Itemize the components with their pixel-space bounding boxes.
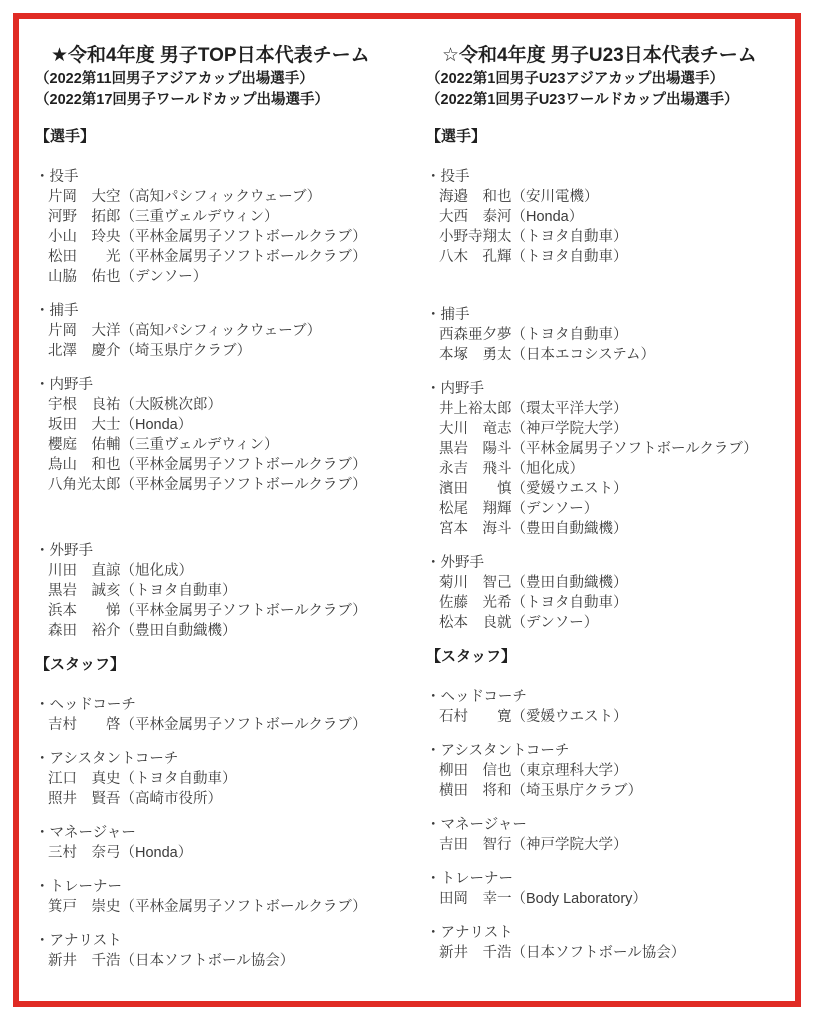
position-group: ・マネージャー吉田 智行（神戸学院大学）: [426, 815, 803, 855]
position-group: ・トレーナー田岡 幸一（Body Laboratory）: [426, 869, 803, 909]
position-label: ・トレーナー: [35, 877, 412, 897]
position-label: ・外野手: [35, 541, 412, 561]
team-subtitle: （2022第1回男子U23アジアカップ出場選手）: [426, 69, 803, 90]
position-label: ・捕手: [35, 301, 412, 321]
roster-section-heading: 【スタッフ】: [35, 655, 412, 675]
member-line: 西森亜夕夢（トヨタ自動車）: [426, 325, 803, 345]
position-label: ・外野手: [426, 553, 803, 573]
position-group: ・アナリスト新井 千浩（日本ソフトボール協会）: [35, 931, 412, 971]
team-subtitle: （2022第1回男子U23ワールドカップ出場選手）: [426, 90, 803, 111]
position-label: ・アシスタントコーチ: [35, 749, 412, 769]
position-label: ・ヘッドコーチ: [426, 687, 803, 707]
member-line: 松本 良就（デンソー）: [426, 613, 803, 633]
position-label: ・内野手: [35, 375, 412, 395]
member-line: 佐藤 光希（トヨタ自動車）: [426, 593, 803, 613]
position-group: ・捕手片岡 大洋（高知パシフィックウェーブ）北澤 慶介（埼玉県庁クラブ）: [35, 301, 412, 361]
roster-section-heading: 【スタッフ】: [426, 647, 803, 667]
member-line: 松田 光（平林金属男子ソフトボールクラブ）: [35, 247, 412, 267]
member-line: 片岡 大洋（高知パシフィックウェーブ）: [35, 321, 412, 341]
position-group: ・内野手宇根 良祐（大阪桃次郎）坂田 大士（Honda）櫻庭 佑輔（三重ヴェルデ…: [35, 375, 412, 495]
position-group: ・外野手川田 直諒（旭化成）黒岩 誠亥（トヨタ自動車）浜本 悌（平林金属男子ソフ…: [35, 541, 412, 641]
member-line: 八角光太郎（平林金属男子ソフトボールクラブ）: [35, 475, 412, 495]
member-line: 大川 竜志（神戸学院大学）: [426, 419, 803, 439]
position-group: ・投手海邉 和也（安川電機）大西 泰河（Honda）小野寺翔太（トヨタ自動車）八…: [426, 167, 803, 267]
member-line: 川田 直諒（旭化成）: [35, 561, 412, 581]
position-group: ・マネージャー三村 奈弓（Honda）: [35, 823, 412, 863]
document-page: ★令和4年度 男子TOP日本代表チーム（2022第11回男子アジアカップ出場選手…: [13, 13, 801, 1007]
position-label: ・投手: [426, 167, 803, 187]
member-line: 本塚 勇太（日本エコシステム）: [426, 345, 803, 365]
member-line: 菊川 智己（豊田自動織機）: [426, 573, 803, 593]
member-line: 田岡 幸一（Body Laboratory）: [426, 889, 803, 909]
member-line: 八木 孔輝（トヨタ自動車）: [426, 247, 803, 267]
team-subtitle: （2022第11回男子アジアカップ出場選手）: [35, 69, 412, 90]
member-line: 山脇 佑也（デンソー）: [35, 267, 412, 287]
member-line: 小山 玲央（平林金属男子ソフトボールクラブ）: [35, 227, 412, 247]
member-line: 濱田 慎（愛媛ウエスト）: [426, 479, 803, 499]
position-label: ・アナリスト: [426, 923, 803, 943]
team-header: ★令和4年度 男子TOP日本代表チーム（2022第11回男子アジアカップ出場選手…: [35, 43, 412, 111]
team-column-top-team: ★令和4年度 男子TOP日本代表チーム（2022第11回男子アジアカップ出場選手…: [35, 43, 412, 985]
member-line: 石村 寛（愛媛ウエスト）: [426, 707, 803, 727]
position-label: ・マネージャー: [426, 815, 803, 835]
team-title: ★令和4年度 男子TOP日本代表チーム: [35, 43, 412, 69]
member-line: 河野 拓郎（三重ヴェルデウィン）: [35, 207, 412, 227]
member-line: 森田 裕介（豊田自動織機）: [35, 621, 412, 641]
position-label: ・アシスタントコーチ: [426, 741, 803, 761]
member-line: 北澤 慶介（埼玉県庁クラブ）: [35, 341, 412, 361]
member-line: 江口 真史（トヨタ自動車）: [35, 769, 412, 789]
member-line: 黒岩 陽斗（平林金属男子ソフトボールクラブ）: [426, 439, 803, 459]
position-group: ・内野手井上裕太郎（環太平洋大学）大川 竜志（神戸学院大学）黒岩 陽斗（平林金属…: [426, 379, 803, 539]
position-group: ・アシスタントコーチ江口 真史（トヨタ自動車）照井 賢吾（高崎市役所）: [35, 749, 412, 809]
position-label: ・トレーナー: [426, 869, 803, 889]
member-line: 箕戸 崇史（平林金属男子ソフトボールクラブ）: [35, 897, 412, 917]
position-group: ・捕手西森亜夕夢（トヨタ自動車）本塚 勇太（日本エコシステム）: [426, 305, 803, 365]
member-line: 井上裕太郎（環太平洋大学）: [426, 399, 803, 419]
position-label: ・マネージャー: [35, 823, 412, 843]
team-header: ☆令和4年度 男子U23日本代表チーム（2022第1回男子U23アジアカップ出場…: [426, 43, 803, 111]
position-label: ・ヘッドコーチ: [35, 695, 412, 715]
position-group: ・ヘッドコーチ吉村 啓（平林金属男子ソフトボールクラブ）: [35, 695, 412, 735]
position-group: ・アナリスト新井 千浩（日本ソフトボール協会）: [426, 923, 803, 963]
member-line: 照井 賢吾（高崎市役所）: [35, 789, 412, 809]
member-line: 鳥山 和也（平林金属男子ソフトボールクラブ）: [35, 455, 412, 475]
member-line: 小野寺翔太（トヨタ自動車）: [426, 227, 803, 247]
member-line: 新井 千浩（日本ソフトボール協会）: [426, 943, 803, 963]
team-column-u23-team: ☆令和4年度 男子U23日本代表チーム（2022第1回男子U23アジアカップ出場…: [426, 43, 803, 985]
member-line: 吉田 智行（神戸学院大学）: [426, 835, 803, 855]
member-line: 永吉 飛斗（旭化成）: [426, 459, 803, 479]
position-group: ・ヘッドコーチ石村 寛（愛媛ウエスト）: [426, 687, 803, 727]
two-column-roster: ★令和4年度 男子TOP日本代表チーム（2022第11回男子アジアカップ出場選手…: [19, 19, 795, 985]
member-line: 吉村 啓（平林金属男子ソフトボールクラブ）: [35, 715, 412, 735]
roster-section-heading: 【選手】: [35, 127, 412, 147]
position-label: ・アナリスト: [35, 931, 412, 951]
position-group: ・トレーナー箕戸 崇史（平林金属男子ソフトボールクラブ）: [35, 877, 412, 917]
member-line: 片岡 大空（高知パシフィックウェーブ）: [35, 187, 412, 207]
position-label: ・捕手: [426, 305, 803, 325]
position-label: ・投手: [35, 167, 412, 187]
member-line: 坂田 大士（Honda）: [35, 415, 412, 435]
team-subtitle: （2022第17回男子ワールドカップ出場選手）: [35, 90, 412, 111]
member-line: 櫻庭 佑輔（三重ヴェルデウィン）: [35, 435, 412, 455]
member-line: 松尾 翔輝（デンソー）: [426, 499, 803, 519]
member-line: 柳田 信也（東京理科大学）: [426, 761, 803, 781]
position-group: ・アシスタントコーチ柳田 信也（東京理科大学）横田 将和（埼玉県庁クラブ）: [426, 741, 803, 801]
member-line: 海邉 和也（安川電機）: [426, 187, 803, 207]
position-group: ・投手片岡 大空（高知パシフィックウェーブ）河野 拓郎（三重ヴェルデウィン）小山…: [35, 167, 412, 287]
position-label: ・内野手: [426, 379, 803, 399]
member-line: 横田 将和（埼玉県庁クラブ）: [426, 781, 803, 801]
member-line: 大西 泰河（Honda）: [426, 207, 803, 227]
position-group: ・外野手菊川 智己（豊田自動織機）佐藤 光希（トヨタ自動車）松本 良就（デンソー…: [426, 553, 803, 633]
member-line: 新井 千浩（日本ソフトボール協会）: [35, 951, 412, 971]
member-line: 宇根 良祐（大阪桃次郎）: [35, 395, 412, 415]
member-line: 浜本 悌（平林金属男子ソフトボールクラブ）: [35, 601, 412, 621]
roster-section-heading: 【選手】: [426, 127, 803, 147]
member-line: 宮本 海斗（豊田自動織機）: [426, 519, 803, 539]
member-line: 三村 奈弓（Honda）: [35, 843, 412, 863]
member-line: 黒岩 誠亥（トヨタ自動車）: [35, 581, 412, 601]
team-title: ☆令和4年度 男子U23日本代表チーム: [426, 43, 803, 69]
